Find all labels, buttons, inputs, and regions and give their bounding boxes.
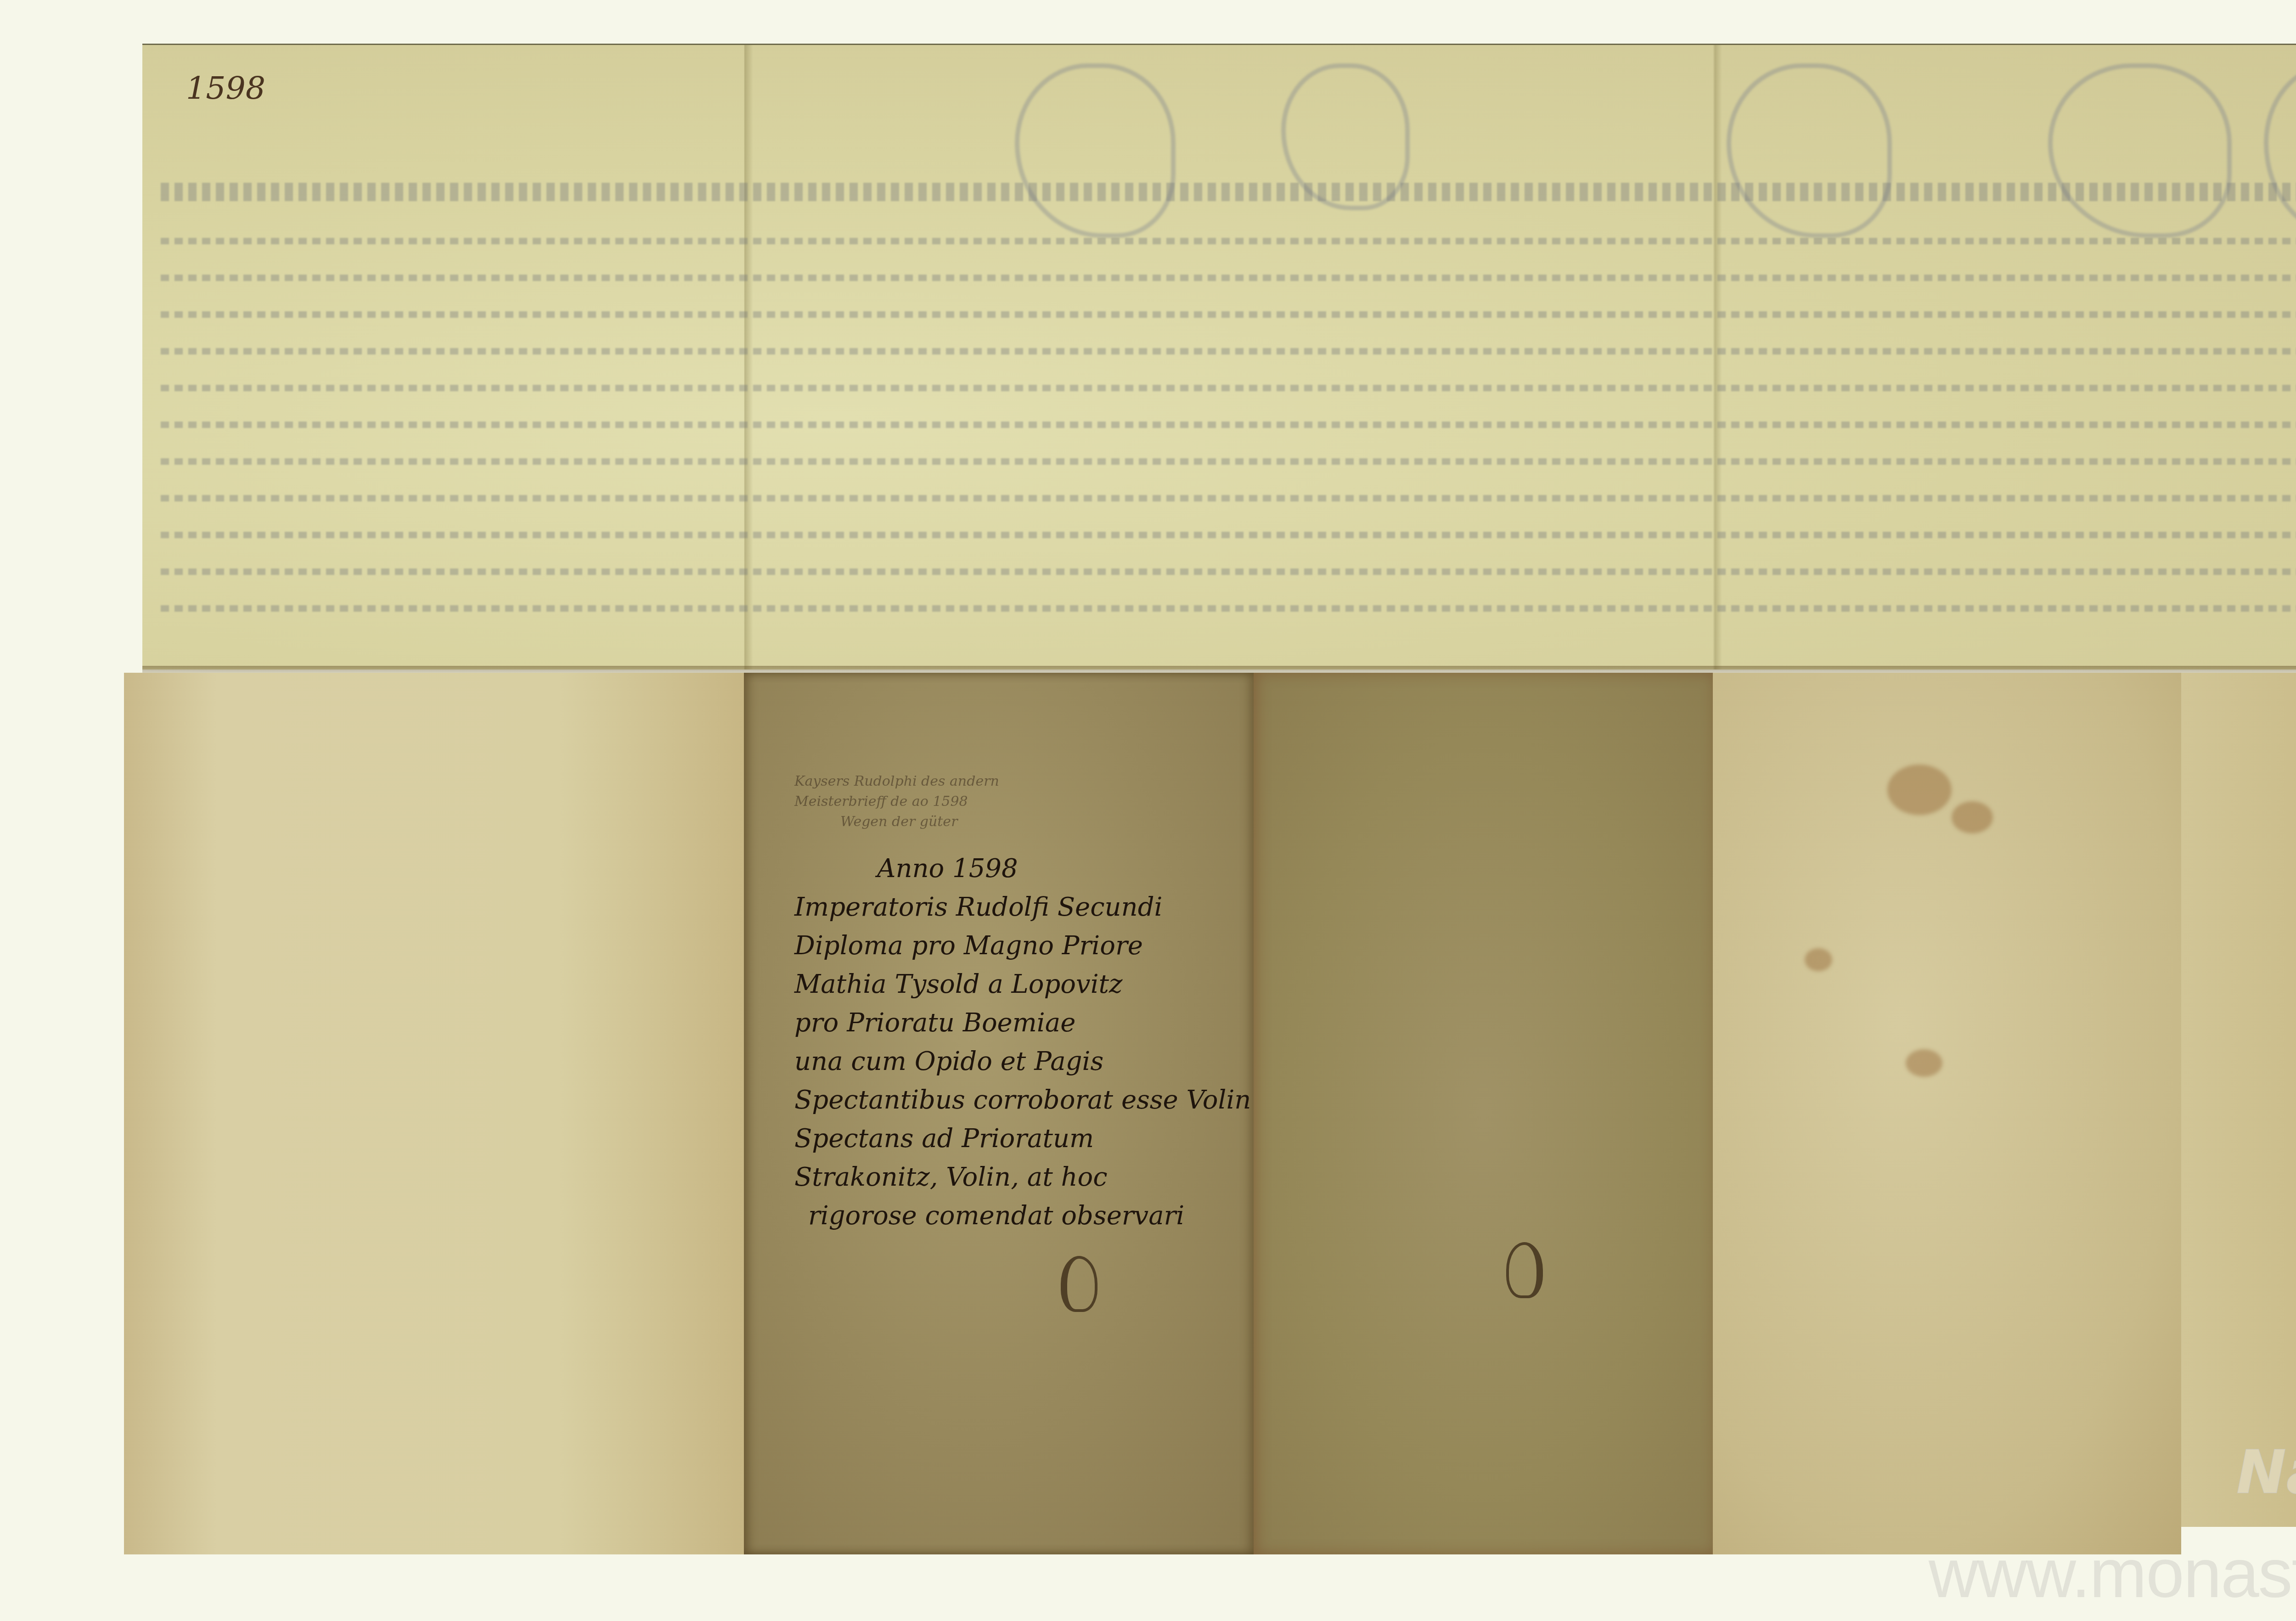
fold-panel-center-right	[1254, 673, 1713, 1554]
decorative-initial	[2048, 63, 2232, 238]
fold-panel-left	[124, 673, 744, 1554]
decorative-initial	[2264, 63, 2296, 238]
show-through-script	[161, 183, 2296, 201]
show-through-script	[161, 275, 2296, 281]
charter-document: 1598	[142, 44, 2296, 1554]
dorsal-line: Imperatoris Rudolfi Secundi	[794, 888, 1254, 927]
dorsal-note: Anno 1598 Imperatoris Rudolfi Secundi Di…	[794, 850, 1254, 1235]
faint-line: Wegen der güter	[794, 812, 1116, 832]
stain	[1805, 948, 1832, 971]
show-through-script	[161, 311, 2296, 318]
show-through-script	[161, 495, 2296, 501]
url-watermark: www.monasterium.net	[1929, 1534, 2296, 1613]
dorsal-line: Strakonitz, Volin, at hoc	[794, 1158, 1254, 1197]
fold-panel-right	[1713, 673, 2181, 1554]
charter-upper-section: 1598	[142, 44, 2296, 670]
corner-year: 1598	[186, 70, 265, 107]
faint-line: Kaysers Rudolphi des andern	[794, 771, 1116, 792]
faint-line: Meisterbrieff de ao 1598	[794, 792, 1116, 812]
dorsal-line: rigorose comendat observari	[794, 1197, 1254, 1235]
show-through-script	[161, 422, 2296, 428]
decorative-initial	[1727, 63, 1892, 238]
dorsal-line: Diploma pro Magno Priore	[794, 927, 1254, 965]
stain	[1906, 1049, 1942, 1077]
show-through-script	[161, 532, 2296, 538]
dorsal-line: Anno 1598	[794, 850, 1254, 888]
dorsal-line: Mathia Tysold a Lopovitz	[794, 965, 1254, 1004]
fold-panel-far-right	[2181, 673, 2296, 1527]
archive-watermark: Národní archiv	[2236, 1437, 2296, 1507]
show-through-script	[161, 568, 2296, 575]
show-through-script	[161, 348, 2296, 355]
dorsal-line: una cum Opido et Pagis	[794, 1042, 1254, 1081]
seal-slit	[1061, 1256, 1097, 1312]
decorative-initial	[1015, 63, 1176, 238]
stain	[1887, 765, 1952, 815]
show-through-script	[161, 385, 2296, 391]
dorsal-line: Spectans ad Prioratum	[794, 1120, 1254, 1158]
seal-slit	[1506, 1242, 1543, 1298]
show-through-script	[161, 238, 2296, 244]
show-through-script	[161, 458, 2296, 465]
show-through-script	[161, 605, 2296, 612]
dorsal-line: pro Prioratu Boemiae	[794, 1004, 1254, 1042]
dorsal-line: Spectantibus corroborat esse Volin	[794, 1081, 1254, 1120]
dorsal-note-faint: Kaysers Rudolphi des andern Meisterbrief…	[794, 771, 1116, 832]
stain	[1952, 801, 1993, 833]
